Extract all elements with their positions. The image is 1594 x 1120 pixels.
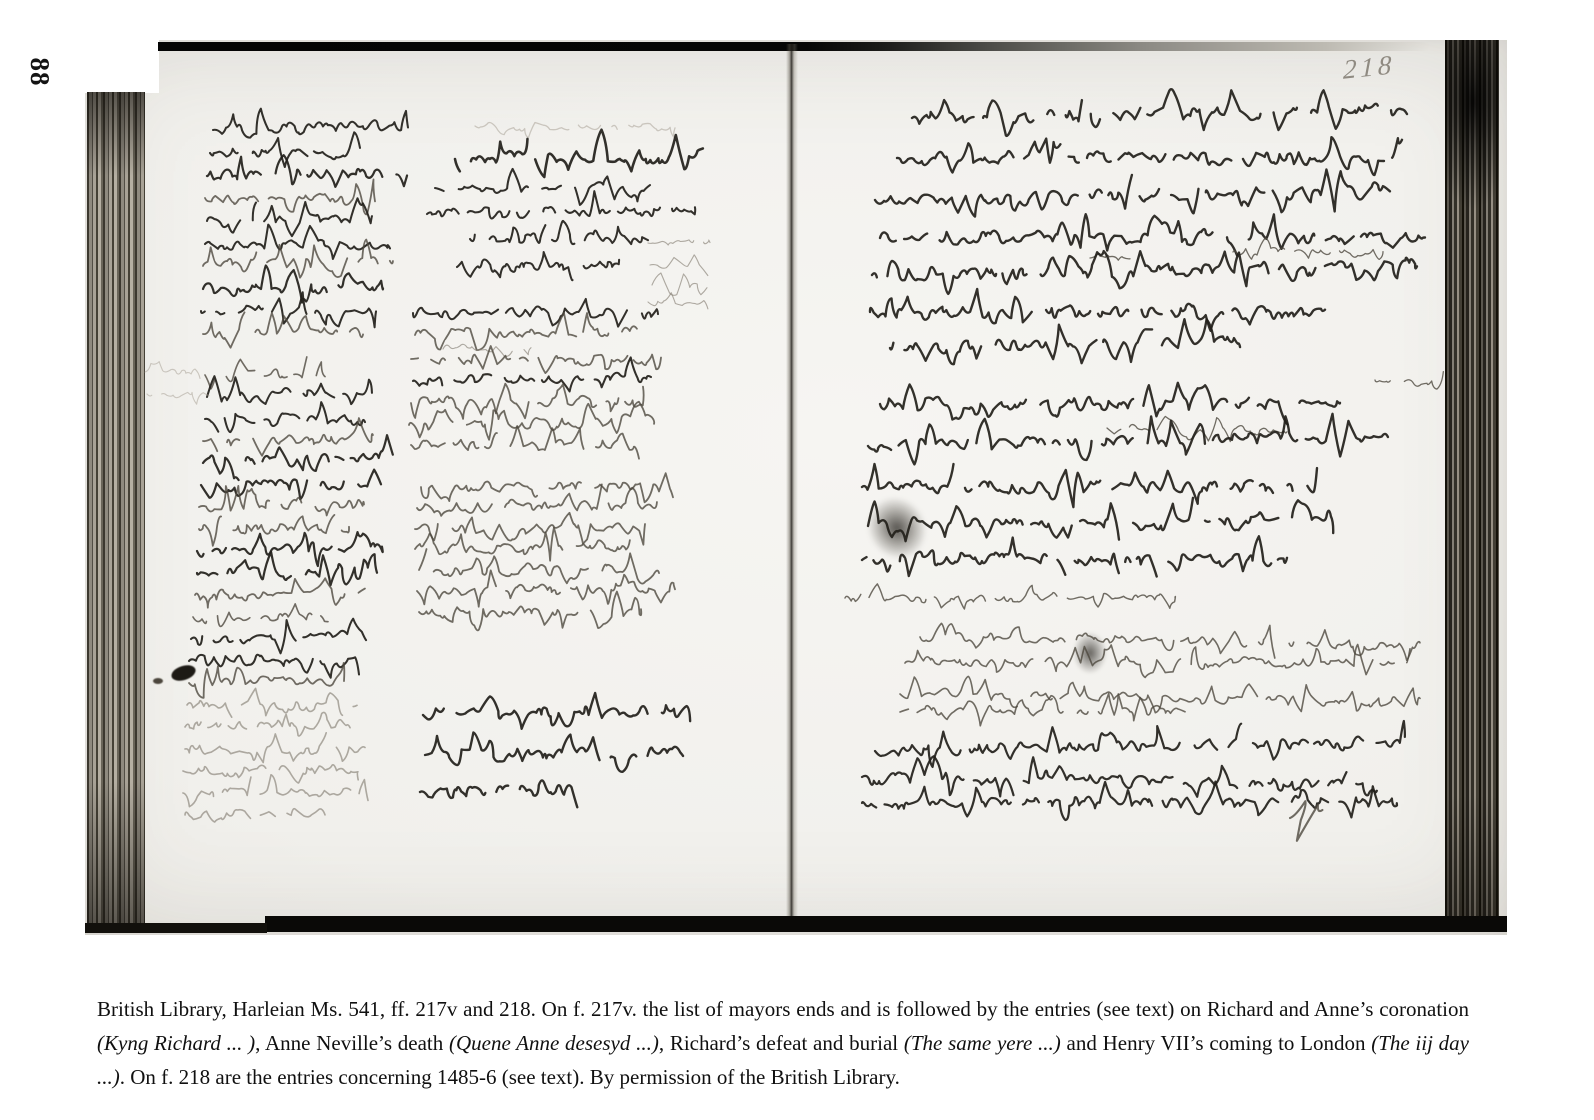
script-line (203, 418, 374, 457)
script-line (868, 412, 1389, 465)
caption-incipit-italic: (Kyng Richard ... ) (97, 1031, 255, 1055)
script-line (470, 221, 648, 244)
script-line (652, 273, 707, 295)
script-line (1233, 238, 1383, 260)
script-line (905, 645, 1410, 678)
script-line (457, 251, 620, 282)
script-line (875, 721, 1406, 768)
script-line (868, 493, 1334, 544)
script-line (419, 592, 641, 631)
script-line (205, 357, 325, 389)
script-line (455, 128, 704, 179)
caption-text: British Library, Harleian Ms. 541, ff. 2… (97, 997, 1469, 1021)
script-line (920, 619, 1420, 660)
script-line (880, 383, 1340, 425)
script-line (411, 426, 639, 459)
caption-incipit-italic: (Quene Anne desesyd ...) (449, 1031, 659, 1055)
script-line (213, 106, 408, 138)
script-line (189, 655, 359, 678)
book-page-scan: 88 218 British Library, Harleian Ms. 541… (0, 0, 1594, 1120)
script-line (191, 618, 367, 654)
script-line (199, 515, 349, 546)
script-line (413, 357, 652, 394)
script-line (648, 240, 710, 245)
script-line (648, 292, 708, 309)
script-line (202, 435, 393, 481)
script-line (421, 473, 673, 502)
page-number: 88 (18, 50, 62, 94)
script-line (413, 299, 658, 327)
script-line (205, 179, 375, 214)
script-line (415, 526, 631, 563)
script-line (185, 808, 325, 822)
script-line (423, 691, 691, 730)
script-line (650, 254, 708, 275)
script-line (207, 153, 408, 190)
script-line (872, 246, 1418, 296)
script-line (145, 362, 200, 379)
caption-text: . On f. 218 are the entries concerning 1… (120, 1065, 900, 1089)
script-line (475, 122, 675, 137)
script-line (207, 373, 373, 406)
caption-incipit-italic: (The same yere ...) (904, 1031, 1061, 1055)
script-line (875, 168, 1391, 219)
script-line (197, 552, 377, 585)
script-line (411, 346, 661, 373)
script-line (210, 132, 360, 167)
script-line (420, 780, 577, 810)
script-line (185, 733, 365, 763)
caption-text: , Anne Neville’s death (255, 1031, 449, 1055)
script-line (197, 532, 383, 569)
caption-text: , Richard’s defeat and burial (659, 1031, 904, 1055)
script-line (427, 189, 696, 220)
script-line (862, 536, 1287, 576)
script-line (193, 604, 328, 627)
script-line (203, 263, 384, 304)
script-line (205, 402, 365, 432)
script-line (147, 392, 209, 405)
plate-caption: British Library, Harleian Ms. 541, ff. 2… (97, 992, 1469, 1094)
manuscript-script-lines (85, 40, 1507, 935)
script-line (415, 513, 645, 545)
script-line (425, 733, 683, 772)
script-line (195, 578, 365, 608)
manuscript-photo: 218 (85, 40, 1507, 935)
script-line (912, 85, 1408, 137)
script-line (183, 775, 368, 807)
script-line (845, 584, 1175, 609)
script-line (417, 483, 657, 516)
script-line (409, 401, 655, 441)
script-line (880, 214, 1425, 255)
script-line (900, 694, 1185, 726)
caption-text: and Henry VII’s coming to London (1061, 1031, 1371, 1055)
script-line (1375, 369, 1444, 389)
script-line (890, 318, 1241, 366)
script-line (870, 289, 1325, 331)
script-line (189, 663, 345, 698)
script-line (187, 688, 357, 717)
script-line (862, 464, 1317, 507)
